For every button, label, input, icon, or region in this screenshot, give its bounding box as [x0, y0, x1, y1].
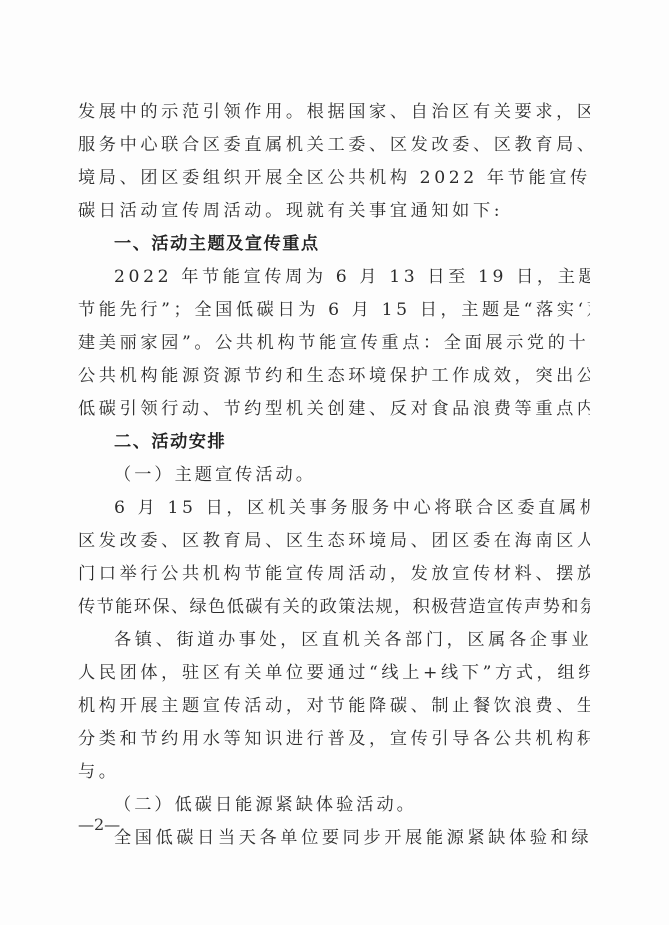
body-line: 区发改委、区教育局、区生态环境局、团区委在海南区人民公园南	[78, 525, 590, 558]
subsection-heading-1: （一）主题宣传活动。	[78, 459, 590, 492]
body-line: 低碳引领行动、节约型机关创建、反对食品浪费等重点内容。	[78, 393, 590, 426]
body-line: 碳日活动宣传周活动。现就有关事宜通知如下:	[78, 195, 590, 228]
document-page: 发展中的示范引领作用。根据国家、自治区有关要求，区机关事务 服务中心联合区委直属…	[78, 96, 590, 855]
body-line: 节能先行”；全国低碳日为 6 月 15 日，主题是“落实‘双碳’行动，共	[78, 294, 590, 327]
body-line: 人民团体，驻区有关单位要通过“线上+线下”方式，组织辖区公共	[78, 657, 590, 690]
body-line: 与。	[78, 756, 590, 789]
page-number: —2—	[78, 815, 120, 834]
body-line: 6 月 15 日，区机关事务服务中心将联合区委直属机关工委、	[78, 492, 590, 525]
body-line: 机构开展主题宣传活动，对节能降碳、制止餐饮浪费、生活垃圾	[78, 690, 590, 723]
body-line: 2022 年节能宣传周为 6 月 13 日至 19 日，主题是“绿色低碳，	[78, 261, 590, 294]
body-line: 各镇、街道办事处，区直机关各部门，区属各企事业单位，各	[78, 624, 590, 657]
body-line: 发展中的示范引领作用。根据国家、自治区有关要求，区机关事务	[78, 96, 590, 129]
subsection-heading-2: （二）低碳日能源紧缺体验活动。	[78, 789, 590, 822]
section-heading-2: 二、活动安排	[78, 426, 590, 459]
body-line: 公共机构能源资源节约和生态环境保护工作成效，突出公共机构绿色	[78, 360, 590, 393]
body-line: 分类和节约用水等知识进行普及，宣传引导各公共机构积极参	[78, 723, 590, 756]
section-heading-1: 一、活动主题及宣传重点	[78, 228, 590, 261]
body-line: 服务中心联合区委直属机关工委、区发改委、区教育局、区生态环	[78, 129, 590, 162]
body-line: 建美丽家园”。公共机构节能宣传重点：全面展示党的十八大以来	[78, 327, 590, 360]
body-line: 全国低碳日当天各单位要同步开展能源紧缺体验和绿色低碳	[78, 822, 590, 855]
body-line: 门口举行公共机构节能宣传周活动，发放宣传材料、摆放展板，宣	[78, 558, 590, 591]
body-line: 传节能环保、绿色低碳有关的政策法规，积极营造宣传声势和氛围。	[78, 591, 590, 624]
body-line: 境局、团区委组织开展全区公共机构 2022 年节能宣传周和全国低	[78, 162, 590, 195]
